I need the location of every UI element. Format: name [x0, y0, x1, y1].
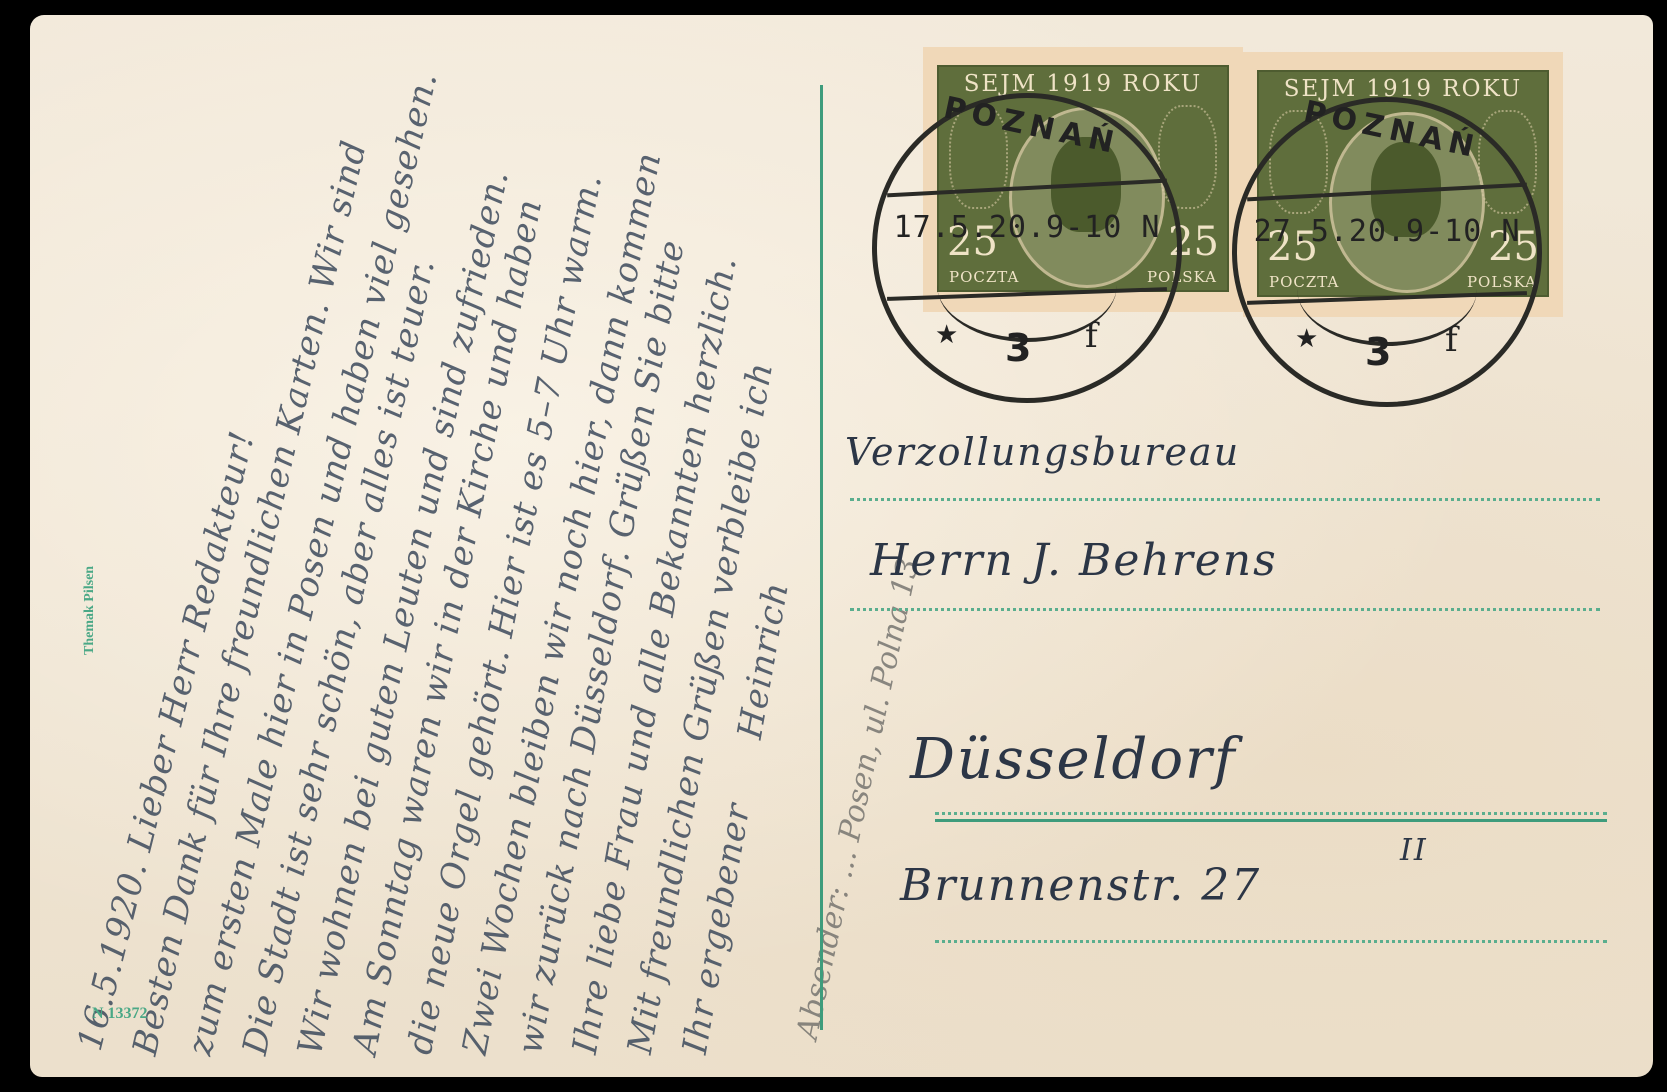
postmark-office-number: 3 [1365, 330, 1391, 374]
address-rule [850, 498, 1600, 501]
address-floor: II [1400, 833, 1428, 868]
handwritten-message: 16.5.1920. Lieber Herr Redakteur! Besten… [50, 35, 850, 1065]
address-city: Düsseldorf [910, 727, 1237, 792]
postmark-suffix: f [1445, 320, 1458, 360]
postmark-office-number: 3 [1005, 326, 1031, 370]
address-underline [935, 819, 1607, 822]
serial-number: N 13372 [92, 1005, 148, 1023]
postmark-suffix: f [1085, 316, 1098, 356]
printer-imprint: Themak Pilsen [82, 566, 98, 655]
postmark-2: POZNAŃ 27.5.20.9-10 N ★ 3 f [1232, 97, 1542, 407]
postmark-1: POZNAŃ 17.5.20.9-10 N ★ 3 f [872, 93, 1182, 403]
address-rule [850, 608, 1600, 611]
stamp-title: SEJM 1919 ROKU [939, 71, 1227, 97]
star-icon: ★ [1295, 324, 1318, 354]
address-rule [935, 812, 1607, 815]
address-rule [935, 940, 1607, 943]
address-line-1: Verzollungsbureau [845, 430, 1240, 474]
postcard: 16.5.1920. Lieber Herr Redakteur! Besten… [30, 15, 1653, 1077]
address-street: Brunnenstr. 27 [900, 860, 1261, 911]
center-divider [820, 85, 823, 1030]
message-signature: Heinrich [730, 579, 797, 742]
address-recipient: Herrn J. Behrens [870, 535, 1278, 586]
star-icon: ★ [935, 320, 958, 350]
pencil-note: Absender: ... Posen, ul. Polna 13 [790, 555, 926, 1042]
